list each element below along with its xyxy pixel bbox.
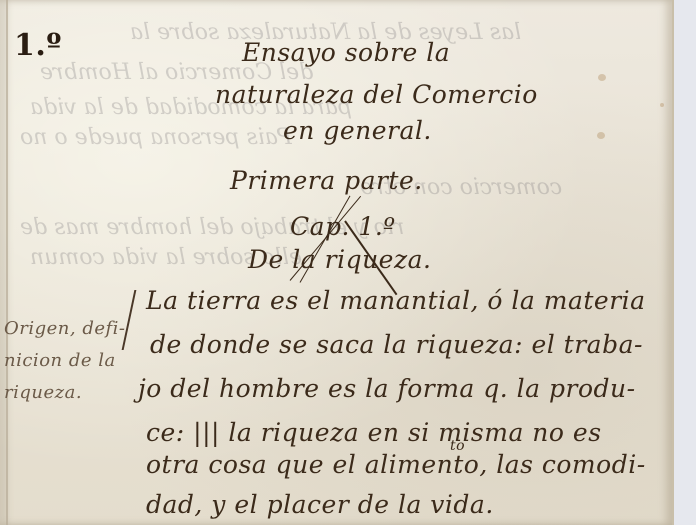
body-line-3: jo del hombre es la forma q. la produ- bbox=[138, 374, 636, 403]
body-line-4: ce: ||| la riqueza en si misma no es bbox=[146, 418, 602, 447]
title-line-2: naturaleza del Comercio bbox=[215, 80, 538, 109]
body-line-5: otra cosa que el alimento, las comodi- bbox=[146, 450, 646, 479]
margin-note-line-3: riqueza. bbox=[4, 382, 82, 403]
title-line-1: Ensayo sobre la bbox=[242, 38, 450, 67]
paper-stain bbox=[660, 103, 664, 107]
margin-note-line-1: Origen, defi- bbox=[4, 318, 126, 339]
margin-note-line-2: nicion de la bbox=[4, 350, 116, 371]
part-heading: Primera parte. bbox=[230, 166, 423, 195]
body-line-2: de donde se saca la riqueza: el traba- bbox=[150, 330, 643, 359]
chapter-subtitle: De la riqueza. bbox=[248, 245, 432, 274]
folio-number: 1.º bbox=[14, 28, 62, 63]
body-line-6: dad, y el placer de la vida. bbox=[146, 490, 494, 519]
paper-stain bbox=[598, 74, 606, 81]
title-line-3: en general. bbox=[283, 116, 432, 145]
bleed-through-text: Pais persona puede o no bbox=[20, 125, 292, 150]
paper-stain bbox=[597, 132, 605, 139]
body-line-1: La tierra es el manantial, ó la materia bbox=[146, 286, 646, 315]
manuscript-page: las Leyes de la Naturaleza sobre la del … bbox=[0, 0, 674, 525]
page-binding-edge bbox=[6, 0, 8, 525]
body-superscript: to bbox=[450, 438, 465, 454]
